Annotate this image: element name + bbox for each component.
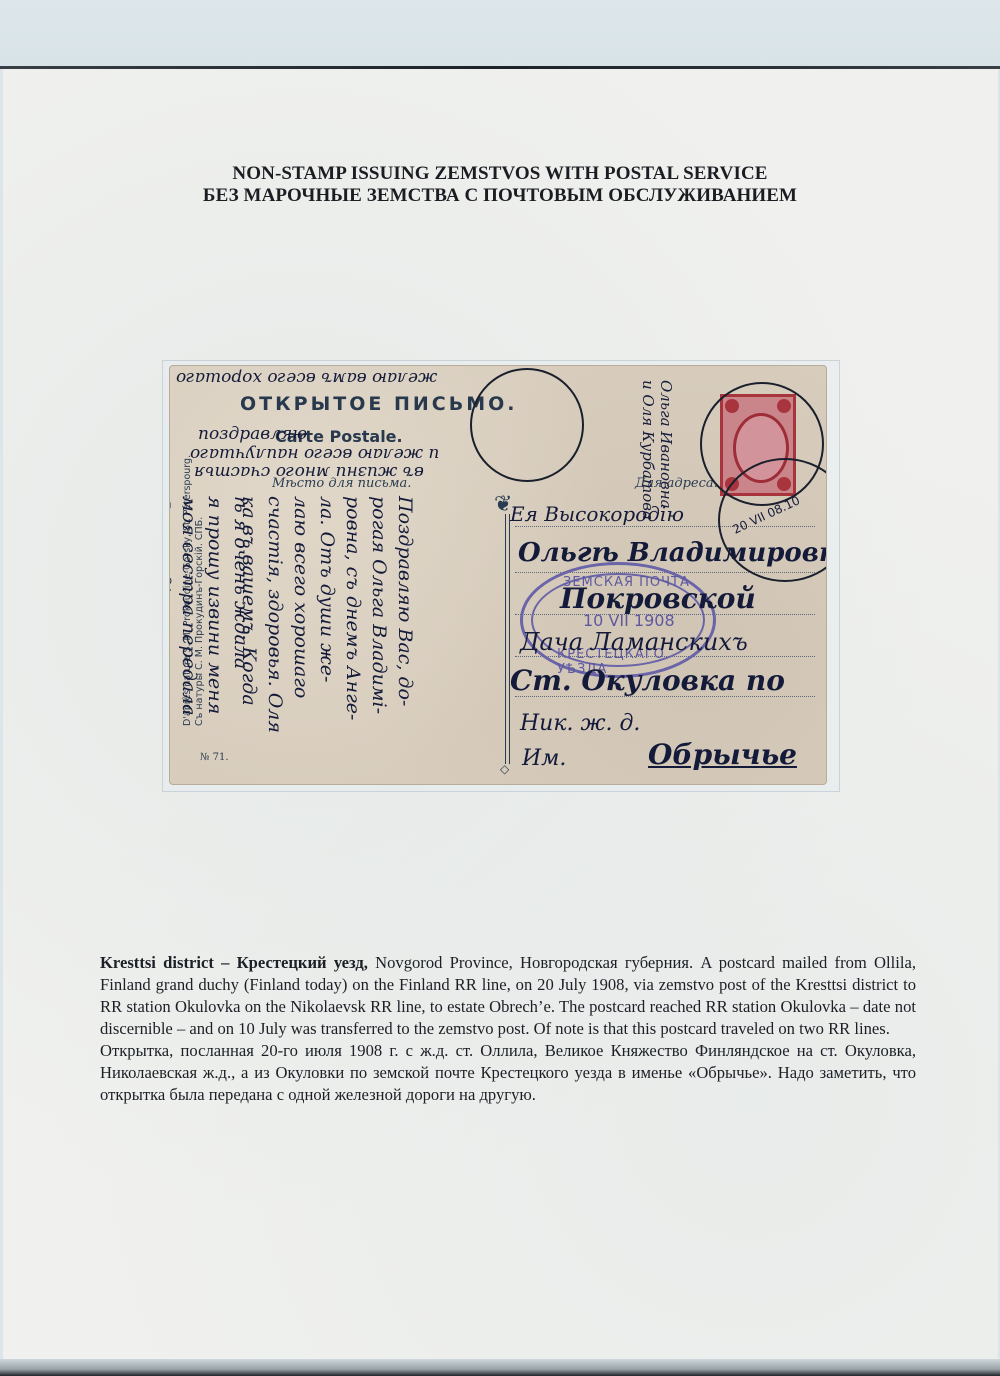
handwriting-top-inverted: желаю вамъ всего хорошаго bbox=[176, 368, 437, 388]
page-title-english: NON-STAMP ISSUING ZEMSTVOS WITH POSTAL S… bbox=[0, 163, 1000, 185]
description-text: Kresttsi district – Крестецкий уезд, Nov… bbox=[100, 952, 916, 1106]
postcard-number: № 71. bbox=[200, 752, 229, 763]
postcard-image: желаю вамъ всего хорошаго ОТКРЫТОЕ ПИСЬМ… bbox=[170, 366, 826, 784]
page-title-russian: БЕЗ МАРОЧНЫЕ ЗЕМСТВА С ПОЧТОВЫМ ОБСЛУЖИВ… bbox=[0, 185, 1000, 207]
address-handwriting: Дача Ламанскихъ bbox=[520, 628, 748, 656]
address-handwriting: Ст. Окуловка по bbox=[510, 664, 785, 697]
letter-area-label: Мѣсто для письма. bbox=[272, 476, 411, 491]
handwriting-line: поздравляю bbox=[198, 424, 307, 444]
zemstvo-postal-cachet: ЗЕМСКАЯ ПОЧТА 10 VII 1908 КРЕСТЕЦКАГО УѢ… bbox=[520, 562, 716, 678]
address-handwriting: Им. bbox=[522, 746, 566, 771]
handwriting-line: и желаю всего наилучшаго bbox=[190, 444, 439, 464]
address-handwriting: Покровской bbox=[560, 582, 756, 615]
page-title: NON-STAMP ISSUING ZEMSTVOS WITH POSTAL S… bbox=[0, 163, 1000, 207]
handwriting-message-column: Поздравляю Вас, до- рогая Ольга Владимі-… bbox=[236, 496, 418, 733]
diamond-ornament-icon: ◇ bbox=[500, 762, 509, 777]
description-russian: Открытка, посланная 20-го июля 1908 г. с… bbox=[100, 1040, 916, 1106]
description-english: Kresttsi district – Крестецкий уезд, Nov… bbox=[100, 952, 916, 1040]
scanner-top-margin bbox=[0, 0, 1000, 68]
handwriting-sender-note: Ольга Ивановна и Оля Курбатова bbox=[639, 380, 675, 520]
address-handwriting: Ник. ж. д. bbox=[520, 711, 640, 736]
address-handwriting: Обрычье bbox=[648, 738, 797, 771]
okulovka-railway-cancellation bbox=[470, 368, 584, 482]
address-divider bbox=[505, 514, 510, 764]
scanner-bottom-edge bbox=[0, 1359, 1000, 1376]
